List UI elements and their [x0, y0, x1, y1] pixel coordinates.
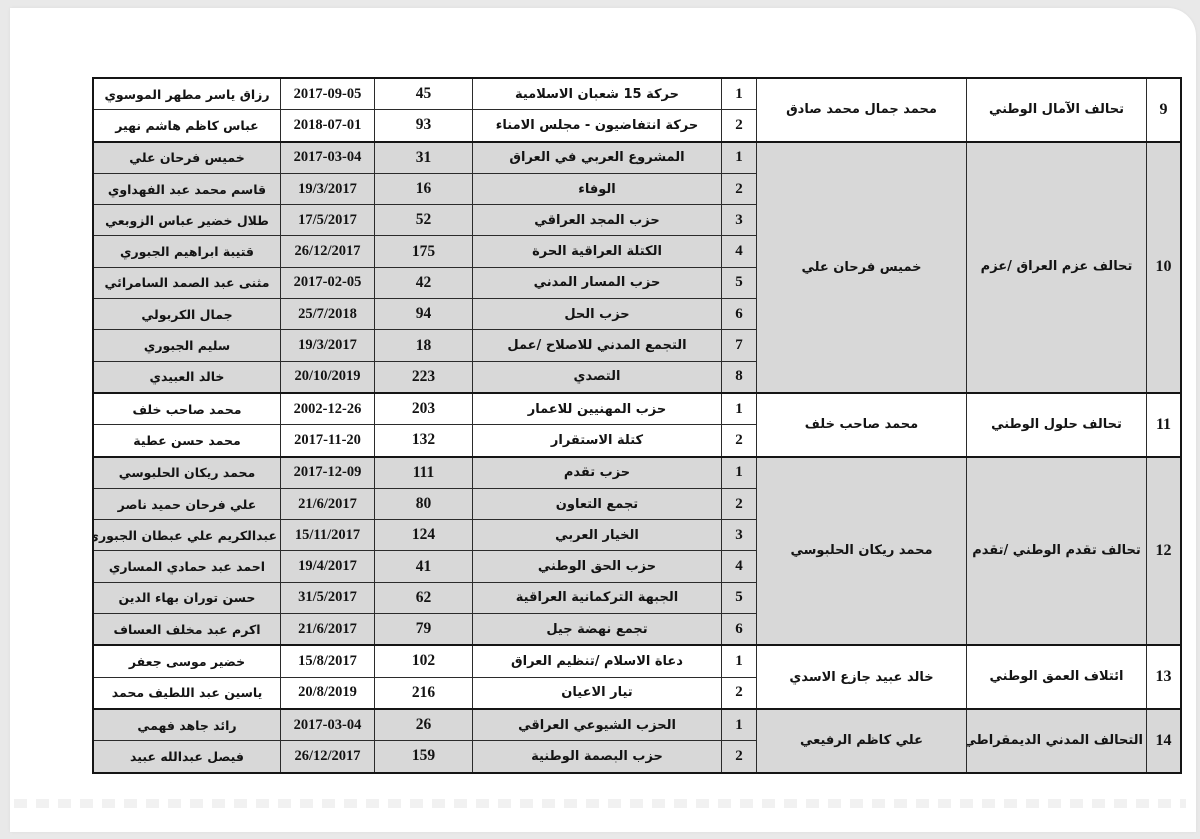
registration-date-cell: 2017-02-05 [281, 267, 375, 298]
party-index-cell-value: 3 [735, 527, 743, 543]
party-name-cell: الخيار العربي [473, 520, 722, 551]
row-number-cell-value: 10 [1156, 258, 1172, 275]
party-number-cell-value: 41 [416, 558, 432, 575]
party-number-cell-value: 216 [412, 684, 435, 701]
party-index-cell: 8 [722, 361, 757, 393]
party-number-cell: 159 [375, 741, 473, 773]
party-number-cell: 26 [375, 709, 473, 741]
party-index-cell-value: 2 [735, 684, 743, 700]
party-number-cell: 216 [375, 677, 473, 709]
coalition-name-cell: تحالف تقدم الوطني /تقدم [967, 457, 1147, 646]
registration-date-cell-value: 21/6/2017 [298, 496, 357, 512]
member-name-cell: فيصل عبدالله عبيد [93, 741, 281, 773]
party-index-cell: 1 [722, 709, 757, 741]
party-index-cell: 2 [722, 173, 757, 204]
member-name-cell: محمد حسن عطية [93, 425, 281, 457]
party-index-cell: 1 [722, 393, 757, 425]
registration-date-cell-value: 17/5/2017 [298, 212, 357, 228]
registration-date-cell: 31/5/2017 [281, 582, 375, 613]
registration-date-cell-value: 2017-03-04 [294, 717, 362, 733]
party-number-cell-value: 203 [412, 400, 435, 417]
party-name-cell: الوفاء [473, 173, 722, 204]
registration-date-cell: 2017-03-04 [281, 142, 375, 174]
leader-name-cell: خميس فرحان علي [757, 142, 967, 393]
party-number-cell: 45 [375, 78, 473, 110]
scan-artifact-band [14, 799, 1186, 808]
party-name-cell: حزب البصمة الوطنية [473, 741, 722, 773]
party-index-cell-value: 2 [735, 117, 743, 133]
party-number-cell-value: 223 [412, 368, 435, 385]
registration-date-cell: 2017-09-05 [281, 78, 375, 110]
member-name-cell: خضير موسى جعفر [93, 645, 281, 677]
member-name-cell: سليم الجبوري [93, 330, 281, 361]
party-number-cell: 132 [375, 425, 473, 457]
party-index-cell-value: 2 [735, 432, 743, 448]
party-number-cell: 42 [375, 267, 473, 298]
party-name-cell: الحزب الشيوعي العراقي [473, 709, 722, 741]
table-row: 14التحالف المدني الديمقراطيعلي كاظم الرف… [93, 709, 1181, 741]
party-number-cell: 62 [375, 582, 473, 613]
party-number-cell: 52 [375, 205, 473, 236]
leader-name-cell: علي كاظم الرفيعي [757, 709, 967, 773]
registration-date-cell: 17/5/2017 [281, 205, 375, 236]
registration-date-cell-value: 15/11/2017 [295, 527, 360, 543]
party-index-cell: 1 [722, 142, 757, 174]
party-index-cell-value: 4 [735, 558, 743, 574]
registration-date-cell: 19/3/2017 [281, 173, 375, 204]
registration-date-cell-value: 20/8/2019 [298, 684, 357, 700]
party-index-cell-value: 8 [735, 368, 743, 384]
registration-date-cell-value: 19/3/2017 [298, 181, 357, 197]
party-number-cell-value: 42 [416, 274, 432, 291]
member-name-cell: خالد العبيدي [93, 361, 281, 393]
party-index-cell-value: 1 [735, 149, 743, 165]
party-index-cell-value: 1 [735, 401, 743, 417]
table-row: 9تحالف الآمال الوطنيمحمد جمال محمد صادق1… [93, 78, 1181, 110]
party-index-cell-value: 6 [735, 621, 743, 637]
registration-date-cell: 19/3/2017 [281, 330, 375, 361]
registration-date-cell: 19/4/2017 [281, 551, 375, 582]
party-index-cell: 6 [722, 299, 757, 330]
member-name-cell: عباس كاظم هاشم نهير [93, 110, 281, 142]
party-number-cell-value: 31 [416, 149, 432, 166]
registration-date-cell-value: 2017-09-05 [294, 86, 362, 102]
party-number-cell: 203 [375, 393, 473, 425]
party-index-cell: 2 [722, 677, 757, 709]
party-index-cell-value: 2 [735, 748, 743, 764]
party-name-cell: حزب المجد العراقي [473, 205, 722, 236]
party-name-cell: تجمع التعاون [473, 488, 722, 519]
party-number-cell-value: 52 [416, 211, 432, 228]
party-index-cell: 3 [722, 205, 757, 236]
party-index-cell: 2 [722, 425, 757, 457]
party-index-cell: 2 [722, 488, 757, 519]
party-number-cell-value: 175 [412, 243, 435, 260]
party-name-cell: حزب الحل [473, 299, 722, 330]
row-number-cell: 10 [1147, 142, 1182, 393]
row-number-cell-value: 14 [1156, 732, 1172, 749]
party-index-cell: 1 [722, 645, 757, 677]
member-name-cell: عبدالكريم علي عبطان الجبوري [93, 520, 281, 551]
member-name-cell: محمد صاحب خلف [93, 393, 281, 425]
registration-date-cell-value: 20/10/2019 [294, 368, 360, 384]
member-name-cell: احمد عبد حمادي المساري [93, 551, 281, 582]
registration-date-cell-value: 2017-12-09 [294, 464, 362, 480]
member-name-cell: اكرم عبد مخلف العساف [93, 614, 281, 646]
party-number-cell: 41 [375, 551, 473, 582]
registration-date-cell-value: 21/6/2017 [298, 621, 357, 637]
registration-date-cell-value: 2017-02-05 [294, 274, 362, 290]
coalitions-table: 9تحالف الآمال الوطنيمحمد جمال محمد صادق1… [92, 77, 1182, 774]
party-name-cell: كتلة الاستقرار [473, 425, 722, 457]
party-number-cell: 80 [375, 488, 473, 519]
member-name-cell: مثنى عبد الصمد السامرائي [93, 267, 281, 298]
party-index-cell: 5 [722, 582, 757, 613]
party-number-cell: 124 [375, 520, 473, 551]
party-index-cell: 5 [722, 267, 757, 298]
registration-date-cell-value: 26/12/2017 [294, 748, 360, 764]
leader-name-cell: محمد جمال محمد صادق [757, 78, 967, 142]
party-name-cell: تيار الاعيان [473, 677, 722, 709]
leader-name-cell: محمد ريكان الحلبوسي [757, 457, 967, 646]
party-number-cell: 175 [375, 236, 473, 267]
row-number-cell-value: 13 [1156, 668, 1172, 685]
registration-date-cell-value: 2002-12-26 [294, 401, 362, 417]
registration-date-cell-value: 2018-07-01 [294, 117, 362, 133]
coalition-name-cell: ائتلاف العمق الوطني [967, 645, 1147, 709]
member-name-cell: قاسم محمد عبد الفهداوي [93, 173, 281, 204]
table-row: 12تحالف تقدم الوطني /تقدممحمد ريكان الحل… [93, 457, 1181, 489]
registration-date-cell-value: 19/3/2017 [298, 337, 357, 353]
party-number-cell: 31 [375, 142, 473, 174]
coalition-name-cell: التحالف المدني الديمقراطي [967, 709, 1147, 773]
table-row: 13ائتلاف العمق الوطنيخالد عبيد جازع الاس… [93, 645, 1181, 677]
coalitions-table-body: 9تحالف الآمال الوطنيمحمد جمال محمد صادق1… [93, 78, 1181, 773]
coalition-name-cell: تحالف الآمال الوطني [967, 78, 1147, 142]
member-name-cell: خميس فرحان علي [93, 142, 281, 174]
party-number-cell-value: 45 [416, 85, 432, 102]
party-number-cell-value: 111 [413, 464, 435, 481]
member-name-cell: ياسين عبد اللطيف محمد [93, 677, 281, 709]
row-number-cell: 12 [1147, 457, 1182, 646]
party-index-cell-value: 2 [735, 181, 743, 197]
member-name-cell: رزاق ياسر مطهر الموسوي [93, 78, 281, 110]
party-number-cell-value: 79 [416, 620, 432, 637]
table-row: 11تحالف حلول الوطنيمحمد صاحب خلف1حزب الم… [93, 393, 1181, 425]
registration-date-cell: 25/7/2018 [281, 299, 375, 330]
party-number-cell-value: 124 [412, 526, 435, 543]
party-name-cell: التصدي [473, 361, 722, 393]
registration-date-cell: 2017-03-04 [281, 709, 375, 741]
party-number-cell: 16 [375, 173, 473, 204]
registration-date-cell-value: 2017-11-20 [294, 432, 361, 448]
coalition-name-cell: تحالف حلول الوطني [967, 393, 1147, 457]
registration-date-cell: 2017-11-20 [281, 425, 375, 457]
registration-date-cell-value: 19/4/2017 [298, 558, 357, 574]
party-name-cell: دعاة الاسلام /تنظيم العراق [473, 645, 722, 677]
coalition-name-cell: تحالف عزم العراق /عزم [967, 142, 1147, 393]
party-index-cell-value: 3 [735, 212, 743, 228]
party-index-cell: 1 [722, 457, 757, 489]
party-name-cell: حزب الحق الوطني [473, 551, 722, 582]
registration-date-cell: 2018-07-01 [281, 110, 375, 142]
party-number-cell: 18 [375, 330, 473, 361]
party-number-cell-value: 16 [416, 180, 432, 197]
party-index-cell-value: 1 [735, 464, 743, 480]
party-name-cell: الجبهة التركمانية العراقية [473, 582, 722, 613]
member-name-cell: طلال خضير عباس الزوبعي [93, 205, 281, 236]
party-name-cell: التجمع المدني للاصلاح /عمل [473, 330, 722, 361]
party-number-cell-value: 159 [412, 747, 435, 764]
registration-date-cell: 21/6/2017 [281, 614, 375, 646]
row-number-cell-value: 9 [1160, 101, 1168, 118]
scanned-document: { "colors": { "page": "#ffffff", "surrou… [0, 0, 1200, 839]
party-number-cell: 223 [375, 361, 473, 393]
party-index-cell: 7 [722, 330, 757, 361]
registration-date-cell: 20/8/2019 [281, 677, 375, 709]
party-index-cell-value: 5 [735, 589, 743, 605]
party-name-cell: حركة 15 شعبان الاسلامية [473, 78, 722, 110]
party-index-cell: 1 [722, 78, 757, 110]
party-number-cell: 102 [375, 645, 473, 677]
party-name-cell: حزب المهنيين للاعمار [473, 393, 722, 425]
member-name-cell: حسن توران بهاء الدين [93, 582, 281, 613]
registration-date-cell: 20/10/2019 [281, 361, 375, 393]
registration-date-cell: 2017-12-09 [281, 457, 375, 489]
member-name-cell: قتيبة ابراهيم الجبوري [93, 236, 281, 267]
row-number-cell: 13 [1147, 645, 1182, 709]
party-number-cell-value: 102 [412, 652, 435, 669]
party-name-cell: المشروع العربي في العراق [473, 142, 722, 174]
party-index-cell: 4 [722, 551, 757, 582]
registration-date-cell-value: 26/12/2017 [294, 243, 360, 259]
member-name-cell: رائد جاهد فهمي [93, 709, 281, 741]
party-name-cell: حركة انتفاضيون - مجلس الامناء [473, 110, 722, 142]
party-index-cell-value: 5 [735, 274, 743, 290]
registration-date-cell: 2002-12-26 [281, 393, 375, 425]
party-index-cell: 2 [722, 741, 757, 773]
registration-date-cell: 21/6/2017 [281, 488, 375, 519]
party-index-cell-value: 7 [735, 337, 743, 353]
party-number-cell: 111 [375, 457, 473, 489]
row-number-cell: 14 [1147, 709, 1182, 773]
row-number-cell-value: 12 [1156, 542, 1172, 559]
party-name-cell: حزب المسار المدني [473, 267, 722, 298]
registration-date-cell-value: 2017-03-04 [294, 149, 362, 165]
party-index-cell-value: 2 [735, 496, 743, 512]
party-index-cell: 3 [722, 520, 757, 551]
party-index-cell-value: 4 [735, 243, 743, 259]
party-name-cell: تجمع نهضة جيل [473, 614, 722, 646]
party-number-cell-value: 26 [416, 716, 432, 733]
party-index-cell-value: 1 [735, 86, 743, 102]
member-name-cell: جمال الكربولي [93, 299, 281, 330]
party-number-cell-value: 132 [412, 431, 435, 448]
party-number-cell: 94 [375, 299, 473, 330]
registration-date-cell-value: 25/7/2018 [298, 306, 357, 322]
party-number-cell: 79 [375, 614, 473, 646]
row-number-cell: 11 [1147, 393, 1182, 457]
party-number-cell-value: 80 [416, 495, 432, 512]
party-name-cell: الكتلة العراقية الحرة [473, 236, 722, 267]
party-name-cell: حزب تقدم [473, 457, 722, 489]
party-index-cell-value: 1 [735, 717, 743, 733]
registration-date-cell: 15/8/2017 [281, 645, 375, 677]
party-index-cell-value: 6 [735, 306, 743, 322]
party-number-cell-value: 62 [416, 589, 432, 606]
row-number-cell-value: 11 [1156, 416, 1171, 433]
member-name-cell: علي فرحان حميد ناصر [93, 488, 281, 519]
row-number-cell: 9 [1147, 78, 1182, 142]
party-index-cell: 2 [722, 110, 757, 142]
registration-date-cell: 26/12/2017 [281, 741, 375, 773]
party-number-cell-value: 18 [416, 337, 432, 354]
registration-date-cell: 15/11/2017 [281, 520, 375, 551]
party-index-cell-value: 1 [735, 653, 743, 669]
table-row: 10تحالف عزم العراق /عزمخميس فرحان علي1ال… [93, 142, 1181, 174]
member-name-cell: محمد ريكان الحلبوسي [93, 457, 281, 489]
party-number-cell: 93 [375, 110, 473, 142]
registration-date-cell: 26/12/2017 [281, 236, 375, 267]
party-number-cell-value: 94 [416, 305, 432, 322]
leader-name-cell: محمد صاحب خلف [757, 393, 967, 457]
leader-name-cell: خالد عبيد جازع الاسدي [757, 645, 967, 709]
party-index-cell: 4 [722, 236, 757, 267]
party-index-cell: 6 [722, 614, 757, 646]
registration-date-cell-value: 31/5/2017 [298, 589, 357, 605]
party-number-cell-value: 93 [416, 116, 432, 133]
registration-date-cell-value: 15/8/2017 [298, 653, 357, 669]
